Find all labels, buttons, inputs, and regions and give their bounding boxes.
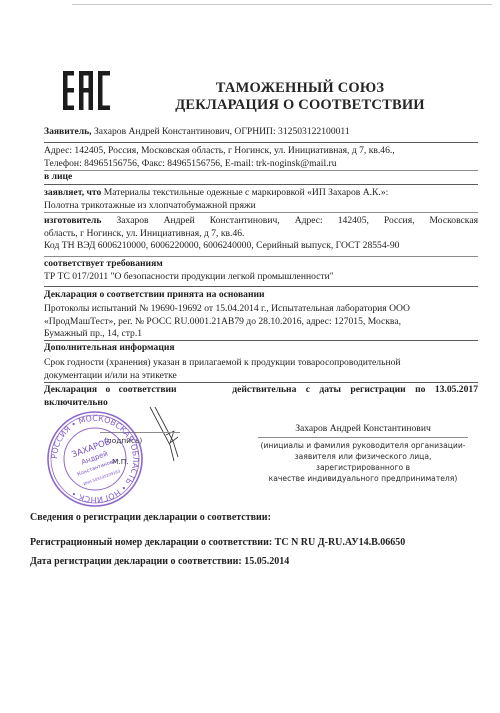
validity-period: действительна с даты регистрации по 13.0… <box>232 384 478 396</box>
product-description: Полотна трикотажные из хлопчатобумажной … <box>44 200 478 212</box>
basis-label: Декларация о соответствии принята на осн… <box>44 289 478 301</box>
divider <box>44 340 478 341</box>
signatory-line <box>258 437 468 438</box>
validity-inclusive: включительно <box>44 397 478 409</box>
registration-number-value: ТС N RU Д-RU.АУ14.В.06650 <box>275 537 406 548</box>
declares-value: Материалы текстильные одежные с маркиров… <box>101 187 388 198</box>
applicant-address-line: Адрес: 142405, Россия, Московская област… <box>44 145 478 157</box>
applicant-label: Заявитель, <box>44 126 92 137</box>
signatory-block: Захаров Андрей Константинович (инициалы … <box>258 423 468 484</box>
divider <box>44 286 478 287</box>
technical-regulation: ТР ТС 017/2011 "О безопасности продукции… <box>44 271 478 283</box>
additional-info-shelf-life: Срок годности (хранения) указан в прилаг… <box>44 357 478 369</box>
registration-date-row: Дата регистрации декларации о соответств… <box>30 556 480 567</box>
declares-label: заявляет, что <box>44 187 101 198</box>
signatory-name: Захаров Андрей Константинович <box>258 423 468 436</box>
signatory-caption-line3: качестве индивидуального предпринимателя… <box>258 473 468 484</box>
handwritten-signature <box>148 405 188 465</box>
registration-date-value: 15.05.2014 <box>244 556 289 567</box>
title-declaration: ДЕКЛАРАЦИЯ О СООТВЕТСТВИИ <box>150 97 450 114</box>
seal-stamp: РОССИЯ • МОСКОВСКАЯ ОБЛАСТЬ • НОГИНСК • … <box>46 410 144 508</box>
eac-logo-icon <box>62 70 112 112</box>
divider <box>44 142 478 143</box>
divider <box>44 184 478 185</box>
registration-number-label: Регистрационный номер декларации о соотв… <box>30 537 272 548</box>
signatory-caption-line1: (инициалы и фамилия руководителя организ… <box>258 440 468 451</box>
document-title: ТАМОЖЕННЫЙ СОЮЗ ДЕКЛАРАЦИЯ О СООТВЕТСТВИ… <box>150 80 450 114</box>
top-edge-rule <box>72 4 492 5</box>
hs-codes-line: Код ТН ВЭД 6006210000, 6006220000, 60062… <box>44 240 478 252</box>
applicant-row: Заявитель, Захаров Андрей Константинович… <box>44 126 478 138</box>
applicant-value: Захаров Андрей Константинович, ОГРНИП: 3… <box>92 126 350 137</box>
conforms-label: соответствует требованиям <box>44 258 478 270</box>
registration-number-row: Регистрационный номер декларации о соотв… <box>30 537 480 548</box>
basis-protocols: Протоколы испытаний № 19690-19692 от 15.… <box>44 303 478 315</box>
in-person-label: в лице <box>44 171 478 183</box>
basis-laboratory: «ПродМашТест», рег. № РОСС RU.0001.21АВ7… <box>44 316 478 328</box>
title-customs-union: ТАМОЖЕННЫЙ СОЮЗ <box>150 80 450 97</box>
validity-label: Декларация о соответствии <box>44 384 177 396</box>
divider <box>44 212 478 213</box>
validity-row: Декларация о соответствии действительна … <box>44 384 478 396</box>
manufacturer-address: область, г Ногинск, ул. Инициативная, д … <box>44 228 478 240</box>
registration-section-title: Сведения о регистрации декларации о соот… <box>30 512 480 523</box>
additional-info-label: Дополнительная информация <box>44 342 478 354</box>
manufacturer-label: изготовитель <box>44 215 101 226</box>
manufacturer-row: изготовитель Захаров Андрей Константинов… <box>44 215 478 227</box>
registration-date-label: Дата регистрации декларации о соответств… <box>30 556 242 567</box>
additional-info-docs: документации и/или на этикетке <box>44 370 478 382</box>
divider <box>44 256 478 257</box>
manufacturer-value: Захаров Андрей Константинович, Адрес: 14… <box>101 215 478 226</box>
declares-row: заявляет, что Материалы текстильные одеж… <box>44 187 478 199</box>
applicant-contacts-line: Телефон: 84965156756, Факс: 84965156756,… <box>44 158 478 170</box>
signatory-caption-line2: заявителя или физического лица, зарегист… <box>258 451 468 473</box>
basis-address: Бумажный пр., 14, стр.1 <box>44 328 478 340</box>
divider <box>44 382 478 383</box>
